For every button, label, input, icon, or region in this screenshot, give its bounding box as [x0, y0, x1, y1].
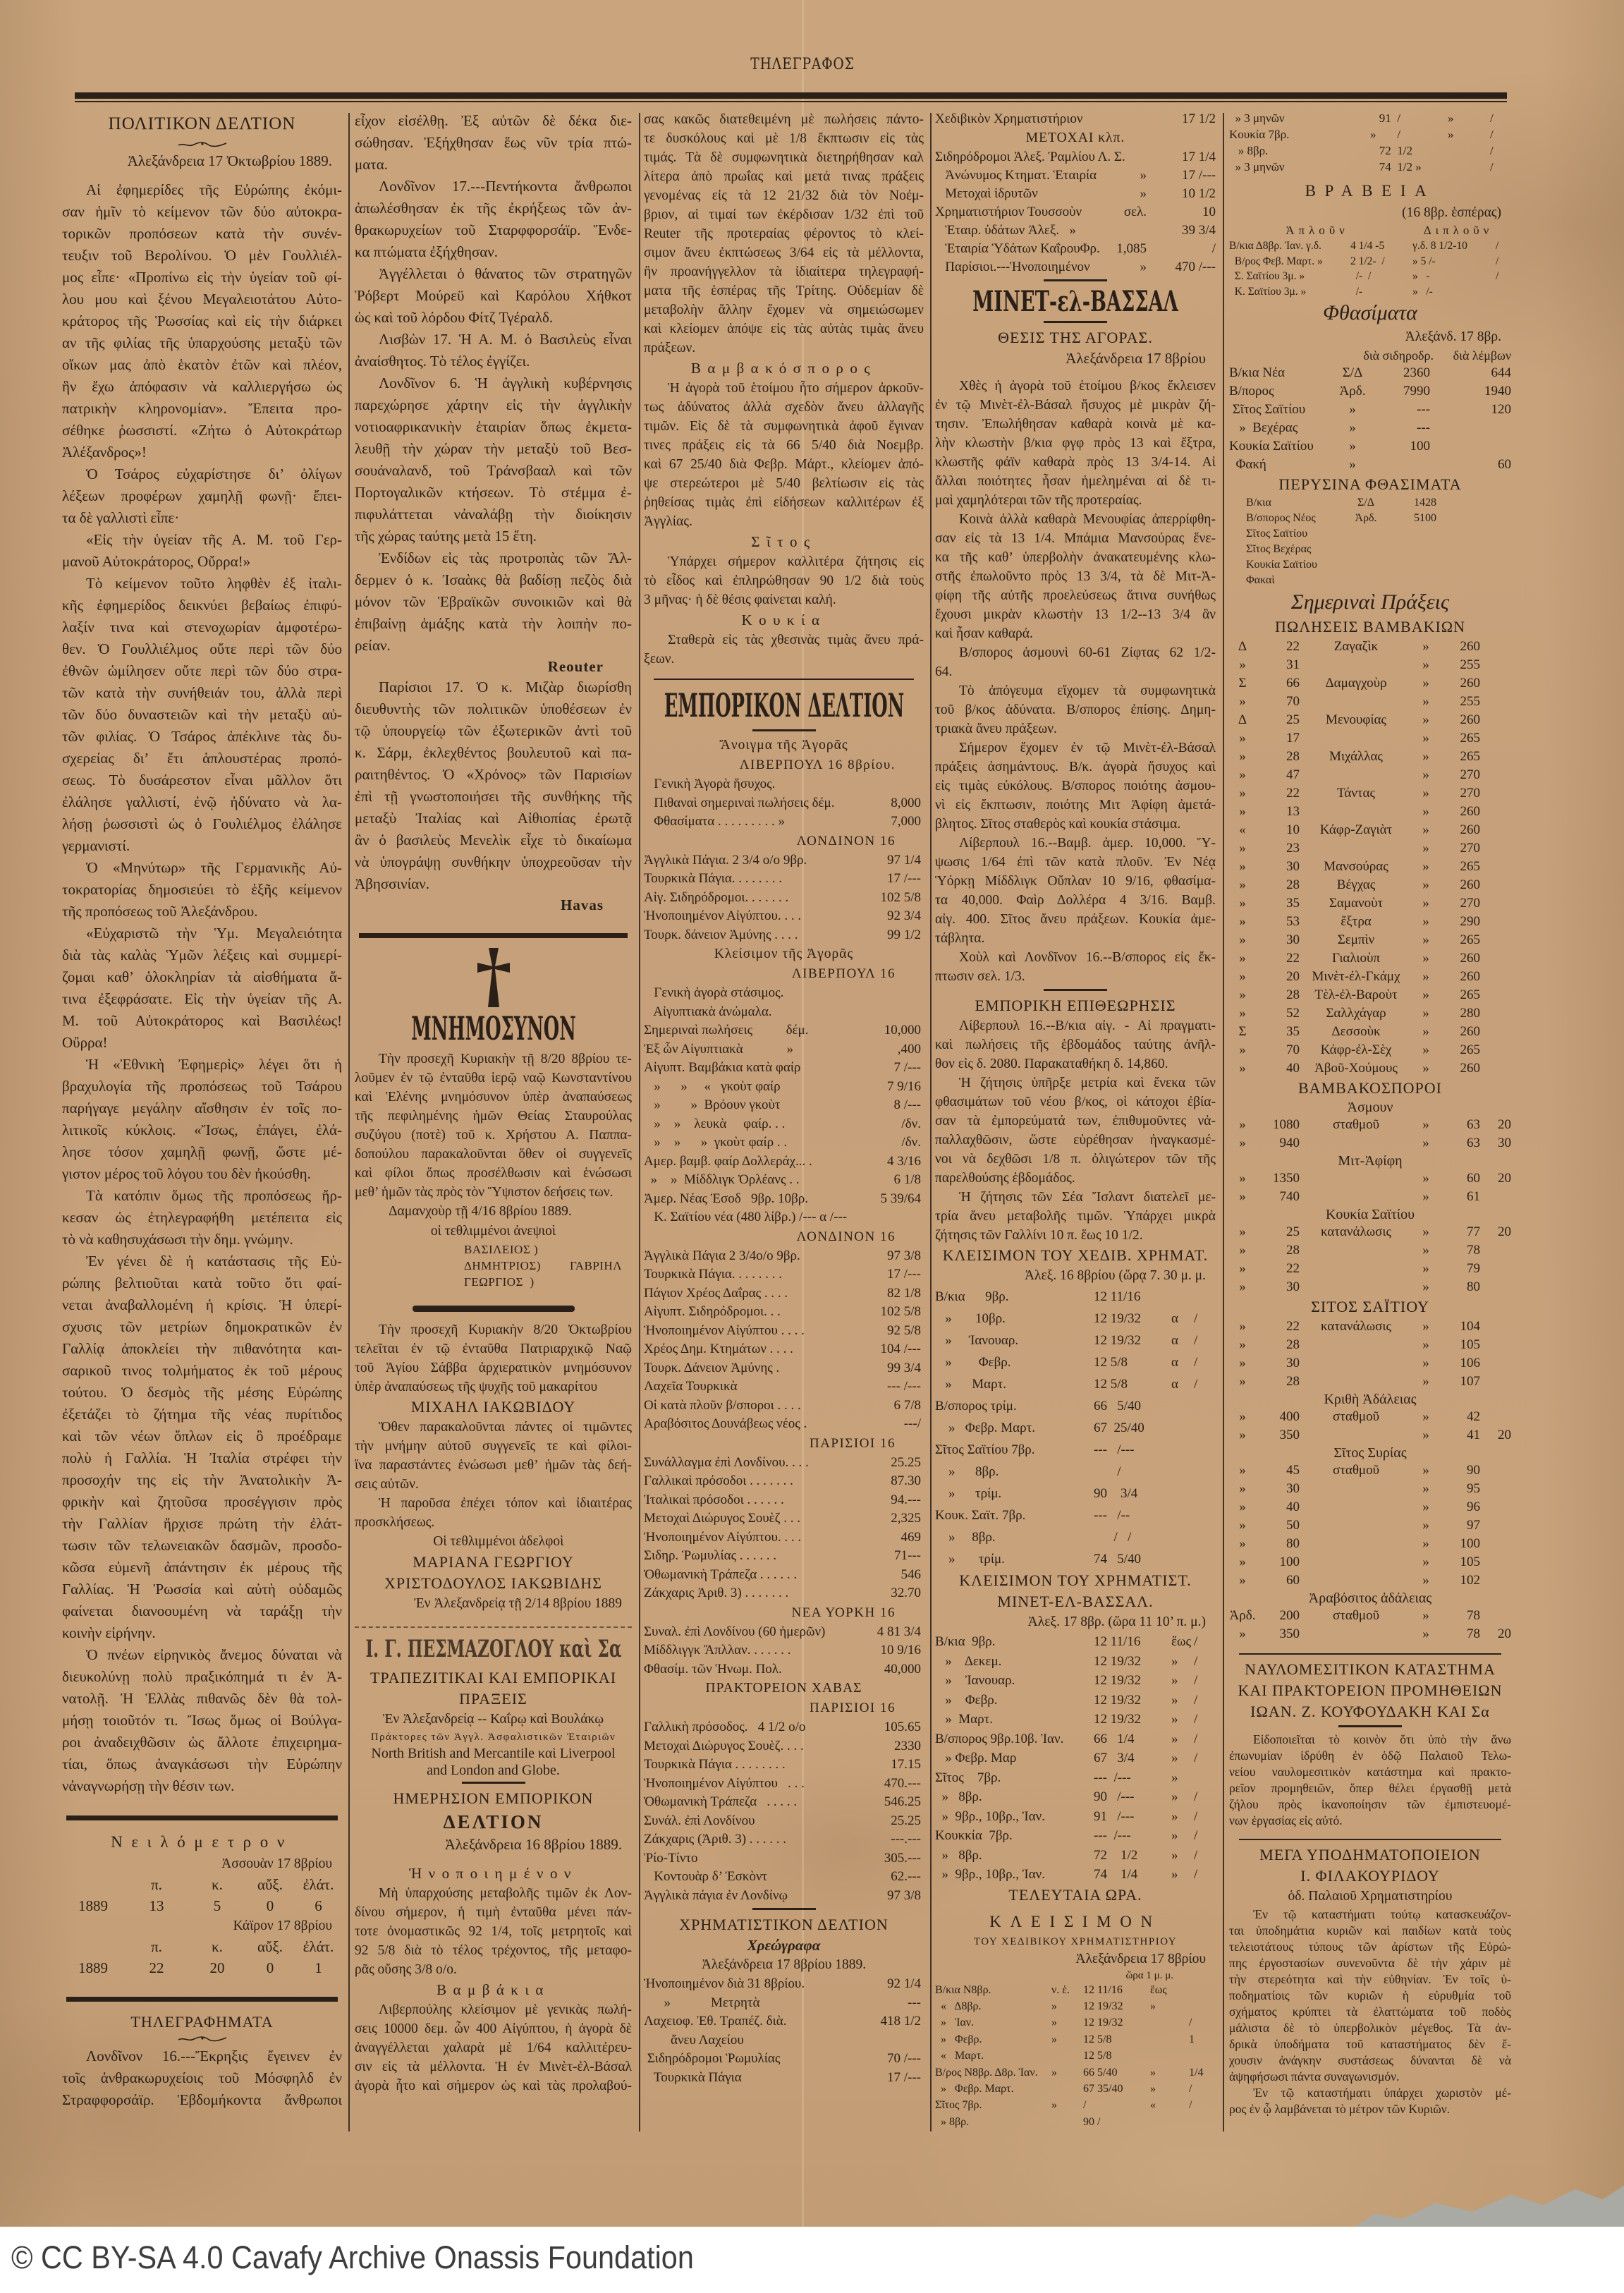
text-line: Ἀλέξανδρος»! [62, 442, 342, 463]
table-cell: Φθασίμ. τῶν Ἡνωμ. Πολ. [644, 1660, 884, 1679]
table-cell: 80 [1256, 1535, 1300, 1553]
section-heading: Νειλόμετρον [62, 1830, 342, 1854]
table-cell: 72 1/2 [1370, 142, 1448, 159]
table-cell: 90 / [1083, 2114, 1150, 2130]
table-cell: Μετοχαὶ Διώρυγος Σουὲζ. . . . [644, 1737, 894, 1756]
table-cell: 4 3/16 [887, 1152, 924, 1172]
table-cell: » [1335, 456, 1370, 474]
table-cell: 99 1/2 [887, 926, 924, 945]
table-cell [1480, 1004, 1511, 1023]
table-cell: » - [1412, 269, 1496, 284]
table-cell: / [1496, 238, 1511, 254]
table-cell: 10 [1152, 203, 1216, 221]
table-cell [921, 1208, 924, 1227]
text-line: Β/σπορος ἀσμουνὶ 60-61 Ζίφτας 62 1/2- [935, 643, 1216, 662]
table-cell: Λαχεῖα Τουρκικὰ [644, 1377, 887, 1397]
table-cell: » [1171, 1768, 1194, 1788]
article-paragraph: Τὰ κατόπιν ὅμως τῆς προπόσεως ἤρ-κεσαν ὡ… [62, 1185, 342, 1251]
table-cell [1300, 803, 1412, 821]
table-cell: » [1171, 1691, 1194, 1710]
table-cell: 82 1/8 [887, 1284, 924, 1303]
table-cell [1171, 1395, 1194, 1417]
data-table: Γενικὴ ἀγορὰ στάσιμος. Αἰγυπτιακὰ ἀνώμαλ… [644, 984, 924, 1227]
table-cell: κατανάλωσις [1300, 1223, 1412, 1241]
text-line: Ῥόβερτ Μούρεϋ καὶ Καρόλου Χήθκοτ [355, 285, 632, 307]
table-cell: 10 1/2 [1152, 185, 1216, 203]
table-cell [1480, 894, 1511, 913]
table-row: »30Μανσούρας»265 [1229, 858, 1511, 876]
table-cell [1391, 542, 1511, 557]
table-cell: » [1412, 1318, 1439, 1336]
table-cell: Αραβόσιτος Δουνάβεως νέος . [644, 1415, 904, 1434]
table-cell: » [1412, 784, 1439, 803]
table-cell: » [1229, 1498, 1256, 1516]
table-row: »52Σαλλχάγαρ»280 [1229, 1004, 1511, 1023]
data-table: Ἀγγλικὰ Πάγια. 2 3/4 ο/ο 9βρ.97 1/4Τουρκ… [644, 851, 924, 945]
table-cell: / [1194, 1710, 1216, 1729]
text-line: Λισβὼν 17. Ἡ Α. Μ. ὁ Βασιλεὺς εἶναι [355, 329, 632, 351]
table-cell: ΓΑΒΡΙΗΛ [570, 1258, 632, 1274]
text-line: Κάϊρον 17 8βρίου [62, 1916, 342, 1936]
table-cell: Φακαὶ [1246, 573, 1341, 588]
table-cell [1189, 1998, 1216, 2014]
table-row: » 8βρ.90 / [935, 2114, 1216, 2130]
table-cell: / [1194, 1826, 1216, 1846]
table-cell: Ἑταιρία Ὑδάτων ΚαΐρουΦρ. [935, 240, 1113, 258]
table-row: » Φεβρ.12 5/8α/ [935, 1351, 1216, 1373]
table-cell: Ἡνοποιημένον Αἰγύπτου. . . . [644, 1528, 901, 1547]
text-line: τα δὲ γαλλιστὶ εἶπε· [62, 507, 342, 529]
table-cell: Β/σπορος Νέος [1246, 511, 1341, 526]
table-cell: » 8βρ. [935, 1846, 1094, 1866]
table-row: » τρίμ.74 5/40 [935, 1548, 1216, 1570]
table-cell: » [1113, 185, 1152, 203]
table-cell: 17 1/2 [1152, 110, 1216, 128]
text-line: μαὶ χαμηλότεραι τῶν τῆς προτεραίας. [935, 491, 1216, 510]
table-cell: 20 [1480, 1169, 1511, 1188]
table-cell: 400 [1256, 1408, 1300, 1426]
table-row: Τουρκ. δάνειον Ἀμύνης . . . .99 1/2 [644, 926, 924, 945]
table-cell: » 9βρ., 10βρ., Ἰαν. [935, 1865, 1094, 1885]
table-cell: » [1150, 2081, 1189, 2097]
text-line: Ὑόρκῃ Μίδδλιγκ Οὔπλαν 10 9/16, φθασίμα- [935, 872, 1216, 891]
table-cell [1480, 693, 1511, 711]
table-cell: Β/κια Δ8βρ. Ἰαν. γ.δ. [1229, 238, 1350, 254]
text-line: σαν ἡμῖν τὸ κείμενον τῶν δύο αὐτοκρα- [62, 201, 342, 223]
table-cell: 70 /--- [887, 2050, 924, 2069]
table-cell: » [1229, 1625, 1256, 1643]
article-paragraph: εἶχον εἰσέλθῃ. Ἐξ αὐτῶν δὲ δέκα διε-σώθη… [355, 110, 632, 176]
table-cell: » 8βρ. [1229, 142, 1370, 159]
text-line: Reuter τῆς προτεραίας φέροντος τὸ κλεί- [644, 224, 924, 243]
table-cell: Μανσούρας [1300, 858, 1412, 876]
table-row: »740»61 [1229, 1188, 1511, 1206]
table-cell: » [1412, 1059, 1439, 1078]
article-paragraph: Λονδῖνον 16.---Ἔκρηξις ἔγεινεν ἐντοῖς ἀν… [62, 2045, 342, 2111]
table-cell: Μετοχαὶ ἱδρυτῶν [935, 185, 1113, 203]
table-cell: 100 [1439, 1535, 1480, 1553]
text-line: γερμανιστί. [62, 835, 342, 857]
table-cell: 20 [189, 1957, 245, 1978]
table-cell: 23 [1256, 839, 1300, 858]
table-cell: 63 [1439, 1116, 1480, 1134]
table-cell: Μινὲτ-ἐλ-Γκάμχ [1300, 968, 1412, 986]
table-cell [1480, 1336, 1511, 1354]
text-line: Τὰ κατόπιν ὅμως τῆς προπόσεως ἤρ- [62, 1185, 342, 1207]
text-line: μήσῃ τοιοῦτόν τι. Ἴσως ὅμως οἱ Βούλγα- [62, 1710, 342, 1732]
text-line: Ἐν τῷ καταστήματι τούτῳ κατασκευάζον- [1229, 1906, 1511, 1923]
table-cell: 7 9/16 [887, 1078, 924, 1097]
article-paragraph: Σταθερὰ εἰς τὰς χθεσινὰς τιμὰς ἄνευ πρά-… [644, 631, 924, 669]
text-line: καὶ 67 25/40 διὰ Φεβρ. Μάρτ., κλείομεν ἀ… [644, 455, 924, 474]
text-line: μεθ’ ἡμῶν τὰς πρὸς τὸν Ὕψιστον δεήσεις τ… [355, 1183, 632, 1202]
table-row: Πάγιον Χρέος Δαΐρας . . . .82 1/8 [644, 1284, 924, 1303]
table-cell: » [1412, 1041, 1439, 1059]
table-cell: 260 [1439, 876, 1480, 894]
text-line: Μὴ ὑπαρχούσης μεταβολῆς τιμῶν ἐκ Λον- [355, 1884, 632, 1903]
table-cell: 12 19/32 [1094, 1308, 1171, 1330]
table-cell: Κοντουὰρ δ’ Ἐσκὸντ [644, 1868, 891, 1887]
table-row: » τρίμ.90 3/4 [935, 1483, 1216, 1504]
table-cell [1300, 1373, 1412, 1391]
table-cell [355, 1241, 464, 1258]
text-line: καὶ κλείομεν ἀπόψε εἰς τὰς αὐτὰς τιμὰς ἄ… [644, 320, 924, 339]
table-cell [1480, 1535, 1511, 1553]
section-heading: Μιτ-Ἀφίφη [1229, 1152, 1511, 1169]
table-cell: Τουρκικὰ Πάγια . . . . . . . . [644, 1756, 891, 1775]
table-cell: Ἰταλικαὶ πρόσοδοι . . . . . . [644, 1491, 891, 1510]
text-line: τελεῖται ἐν τῷ ἐνταῦθα Πατριαρχικῷ Ναῷ [355, 1339, 632, 1358]
table-cell: 92 3/4 [887, 907, 924, 926]
table-cell: » [1229, 1116, 1256, 1134]
table-cell [1229, 347, 1335, 364]
table-row: Β/ρος Φεβ. Μαρτ. »2 1/2- /» 5 /-/ [1229, 254, 1511, 269]
table-row: » Ἰαν.»12 19/32/ [935, 2014, 1216, 2031]
table-cell: 28 [1256, 1373, 1300, 1391]
text-line: τευξιν τοῦ Βερολίνου. Ὁ μὲν Γουλλιέλ- [62, 245, 342, 267]
section-heading: ΛΟΝΔΙΝΟΝ 16 [644, 832, 924, 851]
table-cell: » [1229, 968, 1256, 986]
text-line: αν τῆς φιλίας τῆς ὑπαρχούσης μεταξὺ τῶν [62, 332, 342, 354]
article-paragraph: Λιβερπούλης κλείσιμον μὲ γενικὰς πωλή-σε… [355, 2000, 632, 2096]
article-paragraph: Ἡ «Ἐθνικὴ Ἐφημερὶς» λέγει ὅτι ἡβραχυλογί… [62, 1054, 342, 1185]
table-row: Ἰταλικαὶ πρόσοδοι . . . . . .94.--- [644, 1491, 924, 1510]
table-cell: » [1229, 1336, 1256, 1354]
table-cell: 60 [1439, 1169, 1480, 1188]
table-cell: / [1194, 1671, 1216, 1691]
table-cell: Ἀγγλικὰ Πάγια. 2 3/4 ο/ο 9βρ. [644, 851, 887, 870]
horizontal-rule [654, 679, 914, 680]
table-row: Σιδηρόδρομοι Ἀλεξ. Ῥαμλίου Λ. Σ.17 1/4 [935, 148, 1216, 166]
table-cell: 17 1/4 [1152, 148, 1216, 166]
table-cell: » [1412, 1188, 1439, 1206]
table-cell: Σῖτος Σαϊτίου [1246, 526, 1341, 542]
table-cell: / [1194, 1787, 1216, 1807]
text-line: Ἡ ζήτησις ὑπῆρξε μετρία καὶ ἕνεκα τῶν [935, 1073, 1216, 1093]
table-cell: 12 11/16 [1094, 1632, 1171, 1652]
text-line: ψε στερεώτεροι μὲ 5/40 βελτίωσιν εἰς τὰς [644, 474, 924, 493]
table-cell: » [1412, 821, 1439, 839]
table-cell [1480, 729, 1511, 748]
table-cell: » [1051, 2097, 1083, 2113]
table-cell: 63 [1439, 1134, 1480, 1152]
table-cell [1300, 1134, 1412, 1152]
table-row: »13»260 [1229, 803, 1511, 821]
table-cell: 12 19/32 [1094, 1652, 1171, 1672]
table-cell: » [1412, 839, 1439, 858]
table-cell: » [1412, 894, 1439, 913]
table-cell: 30 [1256, 1278, 1300, 1296]
table-cell: 265 [1439, 986, 1480, 1004]
table-row: Β/κια Δ8βρ. Ἰαν. γ.δ.4 1/4 -5γ.δ. 8 1/2-… [1229, 238, 1511, 254]
table-row: Ἀμερ. Νέας Ἐσοδ 9βρ. 10βρ.5 39/64 [644, 1190, 924, 1209]
table-cell: » [1229, 894, 1256, 913]
section-heading: ΚΑΙ ΠΡΑΚΤΟΡΕΙΟΝ ΠΡΟΜΗΘΕΙΩΝ [1229, 1680, 1511, 1701]
table-cell: » Φεβρ. [935, 2031, 1051, 2048]
table-cell [1480, 656, 1511, 674]
table-cell: 17 /--- [1152, 166, 1216, 185]
table-row: » Δεκεμ.12 19/32»/ [935, 1652, 1216, 1672]
table-cell [1300, 1516, 1412, 1535]
table-cell: 8,000 [891, 794, 924, 813]
table-cell: 270 [1439, 784, 1480, 803]
table-cell: » [1171, 1729, 1194, 1749]
table-row: » Φεβρ. Μαρτ.67 25/40 [935, 1417, 1216, 1439]
table-row: Αἰγυπτιακὰ ἀνώμαλα. [644, 1003, 924, 1022]
table-cell: » [1412, 1134, 1439, 1152]
table-cell [1171, 1483, 1194, 1504]
table-cell: » [1412, 1116, 1439, 1134]
table-cell: 1,085 [1113, 240, 1152, 258]
table-cell: Κουκία 7βρ. [1229, 126, 1370, 142]
table-cell: Ἡνοποιημένον Αἰγύπτου. . . . [644, 907, 887, 926]
table-cell: 12 5/8 [1094, 1351, 1171, 1373]
table-cell: 260 [1439, 674, 1480, 693]
table-cell: 60 [1430, 456, 1511, 474]
table-cell [1341, 573, 1391, 588]
text-line: Λονδῖνον 17.---Πεντήκοντα ἄνθρωποι [355, 176, 632, 197]
table-row: »35Σαμανοὺτ»270 [1229, 894, 1511, 913]
table-cell [1194, 1461, 1216, 1483]
table-row: Ἡνοποιημένον Αἰγύπτου . . .470.--- [644, 1775, 924, 1794]
table-cell: 52 [1256, 1004, 1300, 1023]
table-cell: / / [1094, 1526, 1171, 1548]
text-line: ἀψηφήσωσι πάντα συναγωνισμόν. [1229, 2069, 1511, 2085]
data-table: Ἡνοποιημένον διὰ 31 8βρίου.92 1/4 » Μετρ… [644, 1975, 924, 2087]
table-cell [1480, 1354, 1511, 1373]
table-row: Τουρκικὰ Πάγια. . . . . . . .17 /--- [644, 1265, 924, 1284]
text-line: τούτου. Ὁ δεσμὸς τῆς μέσης Εὐρώπης [62, 1382, 342, 1404]
text-line: «Εὐχαριστῶ τὴν Ὑμ. Μεγαλειότητα [62, 923, 342, 944]
table-cell: » [1412, 674, 1439, 693]
table-cell: 470 /--- [1152, 258, 1216, 276]
table-cell [1480, 784, 1511, 803]
table-cell: » » Μίδδλιγκ Ὀρλέανς . . [644, 1171, 893, 1190]
table-cell [1480, 1041, 1511, 1059]
table-cell: / [1194, 1652, 1216, 1672]
table-cell: » [1412, 1516, 1439, 1535]
table-cell [1171, 1548, 1194, 1570]
table-cell: 95 [1439, 1480, 1480, 1498]
text-line: νὶ εἰς ἔκπτωσιν, ποιότης Μιτ Ἀφίφη ἀμετά… [935, 796, 1216, 815]
text-line: σεις αὐτῶν. [355, 1475, 632, 1494]
masthead-title: ΤΗΛΕΓΡΑΦΟΣ [743, 54, 862, 75]
table-cell: Σῖτος 7βρ. [935, 2097, 1051, 2113]
section-heading: ΠΕΡΥΣΙΝΑ ΦΘΑΣΙΜΑΤΑ [1229, 474, 1511, 495]
table-cell: 99 3/4 [887, 1359, 924, 1378]
table-cell: » [1113, 166, 1152, 185]
table-row: Ἀγγλικὰ πάγια ἐν Λονδίνῳ97 3/8 [644, 1887, 924, 1906]
table-row: »60»102 [1229, 1571, 1511, 1590]
table-cell [1430, 419, 1511, 437]
text-line: τῷ ὑπουργείῳ τῶν ἐξωτερικῶν ἀντὶ τοῦ [355, 720, 632, 742]
table-cell: / [1083, 2097, 1150, 2113]
table-cell: Ζάκχαρις Ἀριθ. 3) . . . . . . . [644, 1584, 891, 1603]
section-heading: ΚΛΕΙΣΙΜΟΝ ΤΟΥ ΧΕΔΙΒ. ΧΡΗΜΑΤ. [935, 1245, 1216, 1266]
horizontal-rule [1044, 989, 1107, 991]
table-cell: σταθμοῦ [1300, 1408, 1412, 1426]
table-cell [1480, 1480, 1511, 1498]
horizontal-rule [1239, 1653, 1501, 1655]
text-line: σουάναλανδ, τοῦ Τράνσβααλ καὶ τῶν [355, 460, 632, 482]
table-cell: » 3 μηνῶν [1229, 159, 1370, 175]
table-cell: Ὀθωμανικὴ Τράπεζα . . . . . . [644, 1566, 901, 1585]
table-row: Ἑταιρία Ὑδάτων ΚαΐρουΦρ.1,085/ [935, 240, 1216, 258]
table-cell: 10 9/16 [880, 1641, 924, 1660]
table-cell: 30 [1256, 1480, 1300, 1498]
text-line: Τὴν προσεχῆ Κυριακὴν 8/20 Ὀκτωβρίου [355, 1320, 632, 1339]
text-line: λέξεων προφέρων χαμηλῇ φωνῇ· ἔπει- [62, 485, 342, 507]
text-line: τὸ εἶδος καὶ ἐπληρώθησαν 90 1/2 διὰ τοὺς [644, 571, 924, 590]
text-line: ξεων. [644, 650, 924, 669]
table-cell: Αμερ. βαμβ. φαίρ Δολλεράχ... . [644, 1152, 887, 1172]
cross-icon [355, 948, 632, 1007]
table-cell: 62.--- [891, 1868, 924, 1887]
table-cell: Κουκία Σαϊτίου [1229, 437, 1335, 456]
table-cell: Αἰγυπτ. Βαμβάκια κατὰ φαίρ [644, 1059, 893, 1078]
table-cell: π. [124, 1936, 189, 1957]
table-cell: » [1171, 1652, 1194, 1672]
text-line: Γαλλίᾳ ἀποκλείει τὴν πιθανότητα και- [62, 1338, 342, 1360]
text-line: βραχυλογία τῆς προπόσεως τοῦ Τσάρου [62, 1076, 342, 1097]
table-row: »28»107 [1229, 1373, 1511, 1391]
table-cell: ΔΗΜΗΤΡΙΟΣ) [464, 1258, 570, 1274]
text-line: λου μου καὶ ξένου Μεγαλειοτάτου Αὐτο- [62, 288, 342, 310]
text-line: διευκολύνῃ πολὺ πραξικόπημά τι ἐν Ἀ- [62, 1666, 342, 1688]
horizontal-rule [355, 1626, 632, 1628]
section-heading: ΙΩΑΝ. Ζ. ΚΟΥΦΟΥΔΑΚΗ ΚΑΙ Σα [1229, 1701, 1511, 1722]
table-cell: 60 [1256, 1571, 1300, 1590]
table-cell: » [1229, 1318, 1256, 1336]
table-row: » Μετρητὰ--- [644, 1994, 924, 2013]
table-row: Μετοχαὶ ἱδρυτῶν»10 1/2 [935, 185, 1216, 203]
text-line: Ὅθεν παρακαλοῦνται πάντες οἱ τιμῶντες [355, 1418, 632, 1437]
table-cell: Κ. Σαϊτίου 3μ. » [1229, 284, 1350, 300]
article-paragraph: Ἐν τῷ καταστήματι τούτῳ κατασκευάζον-ται… [1229, 1906, 1511, 2085]
table-cell: » Μαρτ. [935, 1710, 1094, 1729]
table-cell [1300, 1336, 1412, 1354]
table-cell: » [1412, 876, 1439, 894]
table-cell: 74 1/4 [1094, 1865, 1171, 1885]
table-cell: » / [1370, 126, 1448, 142]
text-line: Ἀσσουὰν 17 8βρίου [62, 1854, 342, 1874]
text-line: Τὸ κείμενον τοῦτο ληφθὲν ἐξ ἰταλι- [62, 573, 342, 595]
table-row: »53ἔξτρα»290 [1229, 913, 1511, 931]
table-cell: Χρηματιστήριον Τουσσοὺν [935, 203, 1113, 221]
text-line: τῶν φιλίας. Ὁ Τσάρος ἀπέκλινε τὰς δυ- [62, 726, 342, 748]
horizontal-rule [1338, 1725, 1402, 1727]
table-row: » Ἰανουαρ.12 19/32α/ [935, 1330, 1216, 1351]
table-cell [921, 984, 924, 1003]
table-cell: » [1171, 1865, 1194, 1885]
column-divider [930, 113, 932, 2131]
table-cell: 25 [1256, 1223, 1300, 1241]
table-row: Ἡνοποιημένον Αἰγύπτου . . . .92 5/8 [644, 1322, 924, 1341]
text-line: Ἀλεξάνδρεια 17 8βρίου 1889. [644, 1955, 924, 1975]
table-row: Γαλλικαὶ πρόσοδοι . . . . . . .87.30 [644, 1472, 924, 1491]
table-cell: 940 [1256, 1134, 1300, 1152]
table-row: Σ66Δαμαγχοὺρ»260 [1229, 674, 1511, 693]
table-cell: Ἀγγλικὰ πάγια ἐν Λονδίνῳ [644, 1887, 887, 1906]
table-cell: Σ. Σαϊτίου 3μ. » [1229, 269, 1350, 284]
table-cell: » [1412, 1260, 1439, 1278]
article-paragraph: Τὸ ἀπόγευμα εἴχομεν τὰ συμφωνητικὰτοῦ β/… [935, 681, 1216, 738]
table-cell [1480, 986, 1511, 1004]
section-heading: ΜΙΝΕΤ-ΕΛ-ΒΑΣΣΑΛ. [935, 1591, 1216, 1612]
section-heading: Κουκία [644, 609, 924, 631]
table-cell: 1940 [1430, 382, 1511, 401]
data-table: » 3 μηνῶν 91 /»/Κουκία 7βρ.» /»/ » 8βρ. … [1229, 110, 1511, 175]
section-heading: ΧΡΙΣΤΟΔΟΥΛΟΣ ΙΑΚΩΒΙΔΗΣ [355, 1573, 632, 1594]
table-cell: Σημεριναὶ πωλήσεις δέμ. [644, 1021, 884, 1040]
table-cell: 13 [1256, 803, 1300, 821]
table-row: Δ25Μενουφίας»260 [1229, 711, 1511, 729]
table-cell: 280 [1439, 1004, 1480, 1023]
table-row: « Μαρτ.12 5/8 [935, 2048, 1216, 2064]
table-cell: » [1229, 1553, 1256, 1571]
table-cell: --- /--- [1094, 1439, 1171, 1461]
column-2: εἶχον εἰσέλθῃ. Ἐξ αὐτῶν δὲ δέκα διε-σώθη… [355, 110, 632, 2096]
section-heading: Σῖτος Συρίας [1229, 1444, 1511, 1461]
text-line: προσκλήσεως. [355, 1513, 632, 1532]
text-line: πράξεων. [644, 339, 924, 358]
text-line: Ἀγγλίας. [644, 512, 924, 531]
table-cell: » [1335, 419, 1370, 437]
text-line: θεν. Ὁ Γουλλιέλμος οὔτε περὶ τῶν δύο [62, 638, 342, 660]
table-cell: Σιδηρόδρομοι Ῥωμυλίας [644, 2050, 887, 2069]
table-cell: / [1189, 2081, 1216, 2097]
article-paragraph: Ἐνδίδων εἰς τὰς προτροπὰς τῶν Ἄλ-δερμεν … [355, 547, 632, 657]
text-line: λοῦμεν ἐν τῷ ἐνταῦθα ἱερῷ ναῷ Κωνσταντίν… [355, 1069, 632, 1088]
table-cell: 66 5/40 [1083, 2064, 1150, 2081]
table-cell [1300, 1260, 1412, 1278]
text-line: ἐθνῶν ὡμίλησεν οὔτε περὶ τῶν δύο στρα- [62, 660, 342, 682]
data-table: »22κατανάλωσις»104»28»105»30»106»28»107 [1229, 1318, 1511, 1391]
table-cell: 265 [1439, 931, 1480, 949]
data-table: ἉπλοῦνΔιπλοῦν [1229, 223, 1511, 238]
table-cell: 12 5/8 [1083, 2031, 1150, 2048]
table-cell: » [1229, 858, 1256, 876]
table-cell: 40 [1256, 1498, 1300, 1516]
text-line: τησιν. Ἐπωλήθησαν καθαρὰ κοινὰ μὲ κα- [935, 415, 1216, 434]
table-row: »30Σεμπὶν»265 [1229, 931, 1511, 949]
text-line: Ἐν γένει δὲ ἡ κατάστασις τῆς Εὐ- [62, 1251, 342, 1272]
text-line: Εἰδοποιεῖται τὸ κοινὸν ὅτι ὑπὸ τὴν ἄνω [1229, 1732, 1511, 1748]
text-line: φαίνεται διανοουμένη νὰ ταράξῃ τὴν [62, 1600, 342, 1622]
table-cell: 1889 [62, 1957, 124, 1978]
table-cell: » [1229, 729, 1256, 748]
article-paragraph: Σήμερον ἔχομεν ἐν τῷ Μινὲτ-ἐλ-Βάσαλπράξε… [935, 738, 1216, 834]
